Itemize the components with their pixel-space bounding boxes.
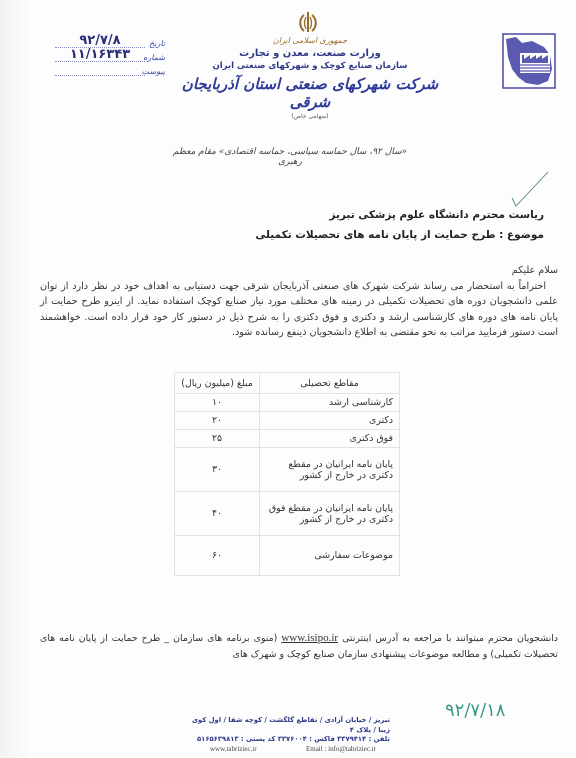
table-row: فوق دکتری ۲۵ bbox=[175, 430, 400, 448]
letter-body: سلام علیکم احتراماً به استحضار می رساند … bbox=[40, 263, 558, 341]
footer-note: دانشجویان محترم میتوانند با مراجعه به آد… bbox=[40, 630, 558, 663]
recipient: ریاست محترم دانشگاه علوم پزشکی تبریز bbox=[224, 205, 544, 225]
row-subject: دکتری bbox=[260, 412, 400, 430]
company-type: (سهامی خاص) bbox=[160, 113, 460, 120]
company-title: شرکت شهرکهای صنعتی استان آذربایجان شرقی bbox=[160, 75, 460, 111]
row-amount: ۴۰ bbox=[175, 492, 260, 536]
row-subject: کارشناسی ارشد bbox=[260, 394, 400, 412]
company-address: تبریز / خیابان آزادی / تقاطع گلگشت / کوچ… bbox=[180, 716, 390, 754]
ministry-title: وزارت صنعت، معدن و تجارت bbox=[160, 48, 460, 59]
contact-line: تلفن : ۳۳۷۹۴۱۴ فاکس : ۳۳۷۶۰۰۴ کد پستی : … bbox=[180, 735, 390, 745]
attachment-row: پیوست bbox=[55, 62, 165, 76]
body-paragraph: احتراماً به استحضار می رساند شرکت شهرک ه… bbox=[40, 279, 558, 341]
date-row: تاریخ ۹۲/۷/۸ bbox=[55, 34, 165, 48]
row-amount: ۶۰ bbox=[175, 536, 260, 576]
row-subject: فوق دکتری bbox=[260, 430, 400, 448]
table-header-row: مقاطع تحصیلی مبلغ (میلیون ریال) bbox=[175, 373, 400, 394]
table-row: موضوعات سفارشی ۶۰ bbox=[175, 536, 400, 576]
row-subject: پایان نامه ایرانیان در مقطع دکتری در خار… bbox=[260, 448, 400, 492]
row-amount: ۳۰ bbox=[175, 448, 260, 492]
attachment-value bbox=[55, 75, 145, 76]
table-row: دکتری ۲۰ bbox=[175, 412, 400, 430]
row-amount: ۲۰ bbox=[175, 412, 260, 430]
addressee-block: ریاست محترم دانشگاه علوم پزشکی تبریز موض… bbox=[224, 205, 544, 245]
handwritten-date: ۹۲/۷/۱۸ bbox=[445, 700, 505, 721]
year-slogan: «سال ۹۲، سال حماسه سیاسی، حماسه اقتصادی»… bbox=[170, 147, 410, 167]
isipo-link[interactable]: www.isipo.ir bbox=[281, 632, 338, 644]
row-amount: ۱۰ bbox=[175, 394, 260, 412]
table-row: پایان نامه ایرانیان در مقطع دکتری در خار… bbox=[175, 448, 400, 492]
checkmark-icon bbox=[500, 170, 560, 210]
table-row: پایان نامه ایرانیان در مقطع فوق دکتری در… bbox=[175, 492, 400, 536]
letter-page: تاریخ ۹۲/۷/۸ شماره ۱۱/۱۶۳۴۳ پیوست جمهوری… bbox=[0, 0, 576, 758]
letter-meta: تاریخ ۹۲/۷/۸ شماره ۱۱/۱۶۳۴۳ پیوست bbox=[55, 34, 165, 76]
iran-emblem-icon bbox=[296, 10, 320, 36]
number-row: شماره ۱۱/۱۶۳۴۳ bbox=[55, 48, 165, 62]
web-line: www.tabriziec.ir Email : info@tabriziec.… bbox=[180, 745, 390, 755]
header-amount: مبلغ (میلیون ریال) bbox=[175, 373, 260, 394]
address-line: تبریز / خیابان آزادی / تقاطع گلگشت / کوچ… bbox=[180, 716, 390, 735]
row-subject: موضوعات سفارشی bbox=[260, 536, 400, 576]
scan-edge-shadow bbox=[0, 0, 30, 758]
company-logo-icon bbox=[502, 33, 556, 89]
row-subject: پایان نامه ایرانیان در مقطع فوق دکتری در… bbox=[260, 492, 400, 536]
greeting: سلام علیکم bbox=[40, 263, 558, 279]
row-amount: ۲۵ bbox=[175, 430, 260, 448]
number-value: ۱۱/۱۶۳۴۳ bbox=[55, 49, 145, 62]
email-link[interactable]: Email : info@tabriziec.ir bbox=[306, 745, 376, 755]
website-link[interactable]: www.tabriziec.ir bbox=[210, 745, 257, 755]
letterhead: جمهوری اسلامی ایران وزارت صنعت، معدن و ت… bbox=[160, 36, 460, 120]
footer-text-before: دانشجویان محترم میتوانند با مراجعه به آد… bbox=[342, 633, 558, 644]
table-row: کارشناسی ارشد ۱۰ bbox=[175, 394, 400, 412]
header-subject: مقاطع تحصیلی bbox=[260, 373, 400, 394]
republic-title: جمهوری اسلامی ایران bbox=[160, 36, 460, 45]
support-amounts-table: مقاطع تحصیلی مبلغ (میلیون ریال) کارشناسی… bbox=[174, 372, 400, 576]
subject-line: موضوع : طرح حمایت از پایان نامه های تحصی… bbox=[224, 225, 544, 245]
organization-title: سازمان صنایع کوچک و شهرکهای صنعتی ایران bbox=[160, 61, 460, 71]
